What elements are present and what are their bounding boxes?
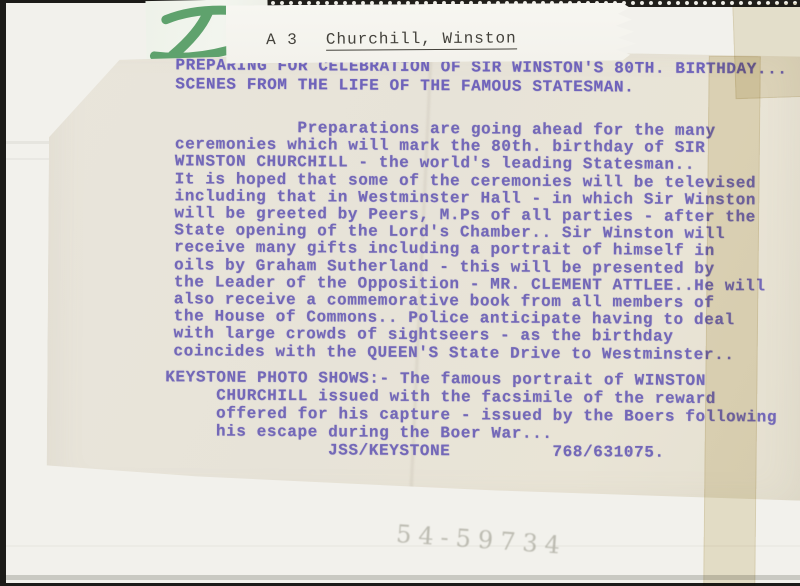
index-code: A 3	[266, 31, 298, 49]
photo-archive-caption-card: 17511 HUSBA FOR T PREPARING FOR CELEBRAT…	[0, 0, 800, 586]
credit-line: JSS/KEYSTONE 768/631075.	[165, 440, 785, 462]
scan-streak	[6, 575, 800, 580]
caption-line: coincides with the QUEEN'S State Drive t…	[173, 343, 785, 364]
typed-caption: PREPARING FOR CELEBRATION OF SIR WINSTON…	[173, 56, 788, 462]
index-strip: A 3Churchill, Winston	[226, 3, 642, 64]
tape-strip-right	[703, 56, 761, 586]
photo-credit-block: KEYSTONE PHOTO SHOWS:- The famous portra…	[165, 368, 786, 462]
archive-index: A 3Churchill, Winston	[266, 29, 517, 49]
caption-body: Preparations are going ahead for the man…	[173, 119, 787, 364]
subject-name: Churchill, Winston	[326, 29, 517, 50]
caption-sheet: PREPARING FOR CELEBRATION OF SIR WINSTON…	[46, 37, 800, 507]
